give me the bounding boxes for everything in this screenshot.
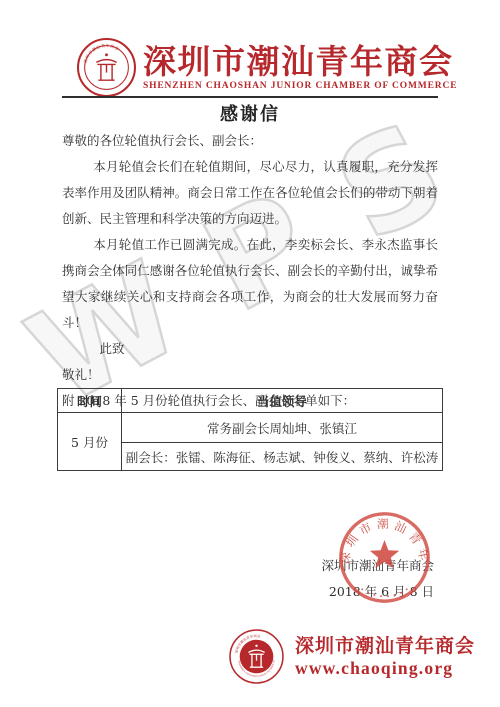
cell-month: 5 月份: [58, 413, 122, 471]
cell-exec-presidents: 常务副会长周灿坤、张镇江: [122, 413, 443, 443]
header-time: 时间: [58, 389, 122, 413]
cell-vice-presidents: 副会长：张镭、陈海征、杨志斌、钟俊义、蔡纳、许松涛: [122, 443, 443, 471]
closing-jingli: 敬礼！: [62, 362, 438, 388]
table-header-row: 时间 当值领导: [58, 389, 443, 413]
salutation: 尊敬的各位轮值执行会长、副会长：: [62, 128, 438, 154]
chamber-emblem-icon: 深圳市潮汕青年商会: [76, 37, 137, 98]
footer-org-name-cn: 深圳市潮汕青年商会: [295, 635, 475, 658]
letter-body: 尊敬的各位轮值执行会长、副会长： 本月轮值会长们在轮值期间，尽心尽力，认真履职，…: [62, 128, 438, 414]
footer-emblem-icon: 深圳市潮汕青年商会 SHENZHEN CHAOSHAN JUNIOR CHAMB…: [229, 629, 284, 684]
letterhead-org-name-en: SHENZHEN CHAOSHAN JUNIOR CHAMBER OF COMM…: [143, 80, 457, 92]
closing-cizhi: 此致: [62, 336, 438, 362]
official-seal-stamp: 深圳市潮汕青年商会: [336, 509, 433, 606]
footer-website: www.chaoqing.org: [295, 658, 475, 679]
seal-star-icon: [370, 540, 399, 568]
paragraph-2: 本月轮值工作已圆满完成。在此，李奕标会长、李永杰监事长携商会全体同仁感谢各位轮值…: [62, 232, 438, 336]
paragraph-1: 本月轮值会长们在轮值期间，尽心尽力，认真履职，充分发挥表率作用及团队精神。商会日…: [62, 154, 438, 232]
footer-brand: 深圳市潮汕青年商会 SHENZHEN CHAOSHAN JUNIOR CHAMB…: [229, 629, 475, 684]
letter-title: 感谢信: [0, 100, 500, 126]
header-leaders: 当值领导: [122, 389, 443, 413]
table-row: 5 月份 常务副会长周灿坤、张镇江: [58, 413, 443, 443]
letter-page: WPS 深圳市潮汕青年商会 深圳市潮汕青年商会 SHENZHEN CHAOSHA…: [0, 0, 500, 707]
letterhead: 深圳市潮汕青年商会 深圳市潮汕青年商会 SHENZHEN CHAOSHAN JU…: [76, 37, 457, 98]
letterhead-org-name-cn: 深圳市潮汕青年商会: [143, 44, 457, 80]
letterhead-divider: [62, 96, 438, 98]
duty-roster-table: 时间 当值领导 5 月份 常务副会长周灿坤、张镇江 副会长：张镭、陈海征、杨志斌…: [57, 388, 443, 471]
seal-serial-dots: [361, 588, 407, 597]
